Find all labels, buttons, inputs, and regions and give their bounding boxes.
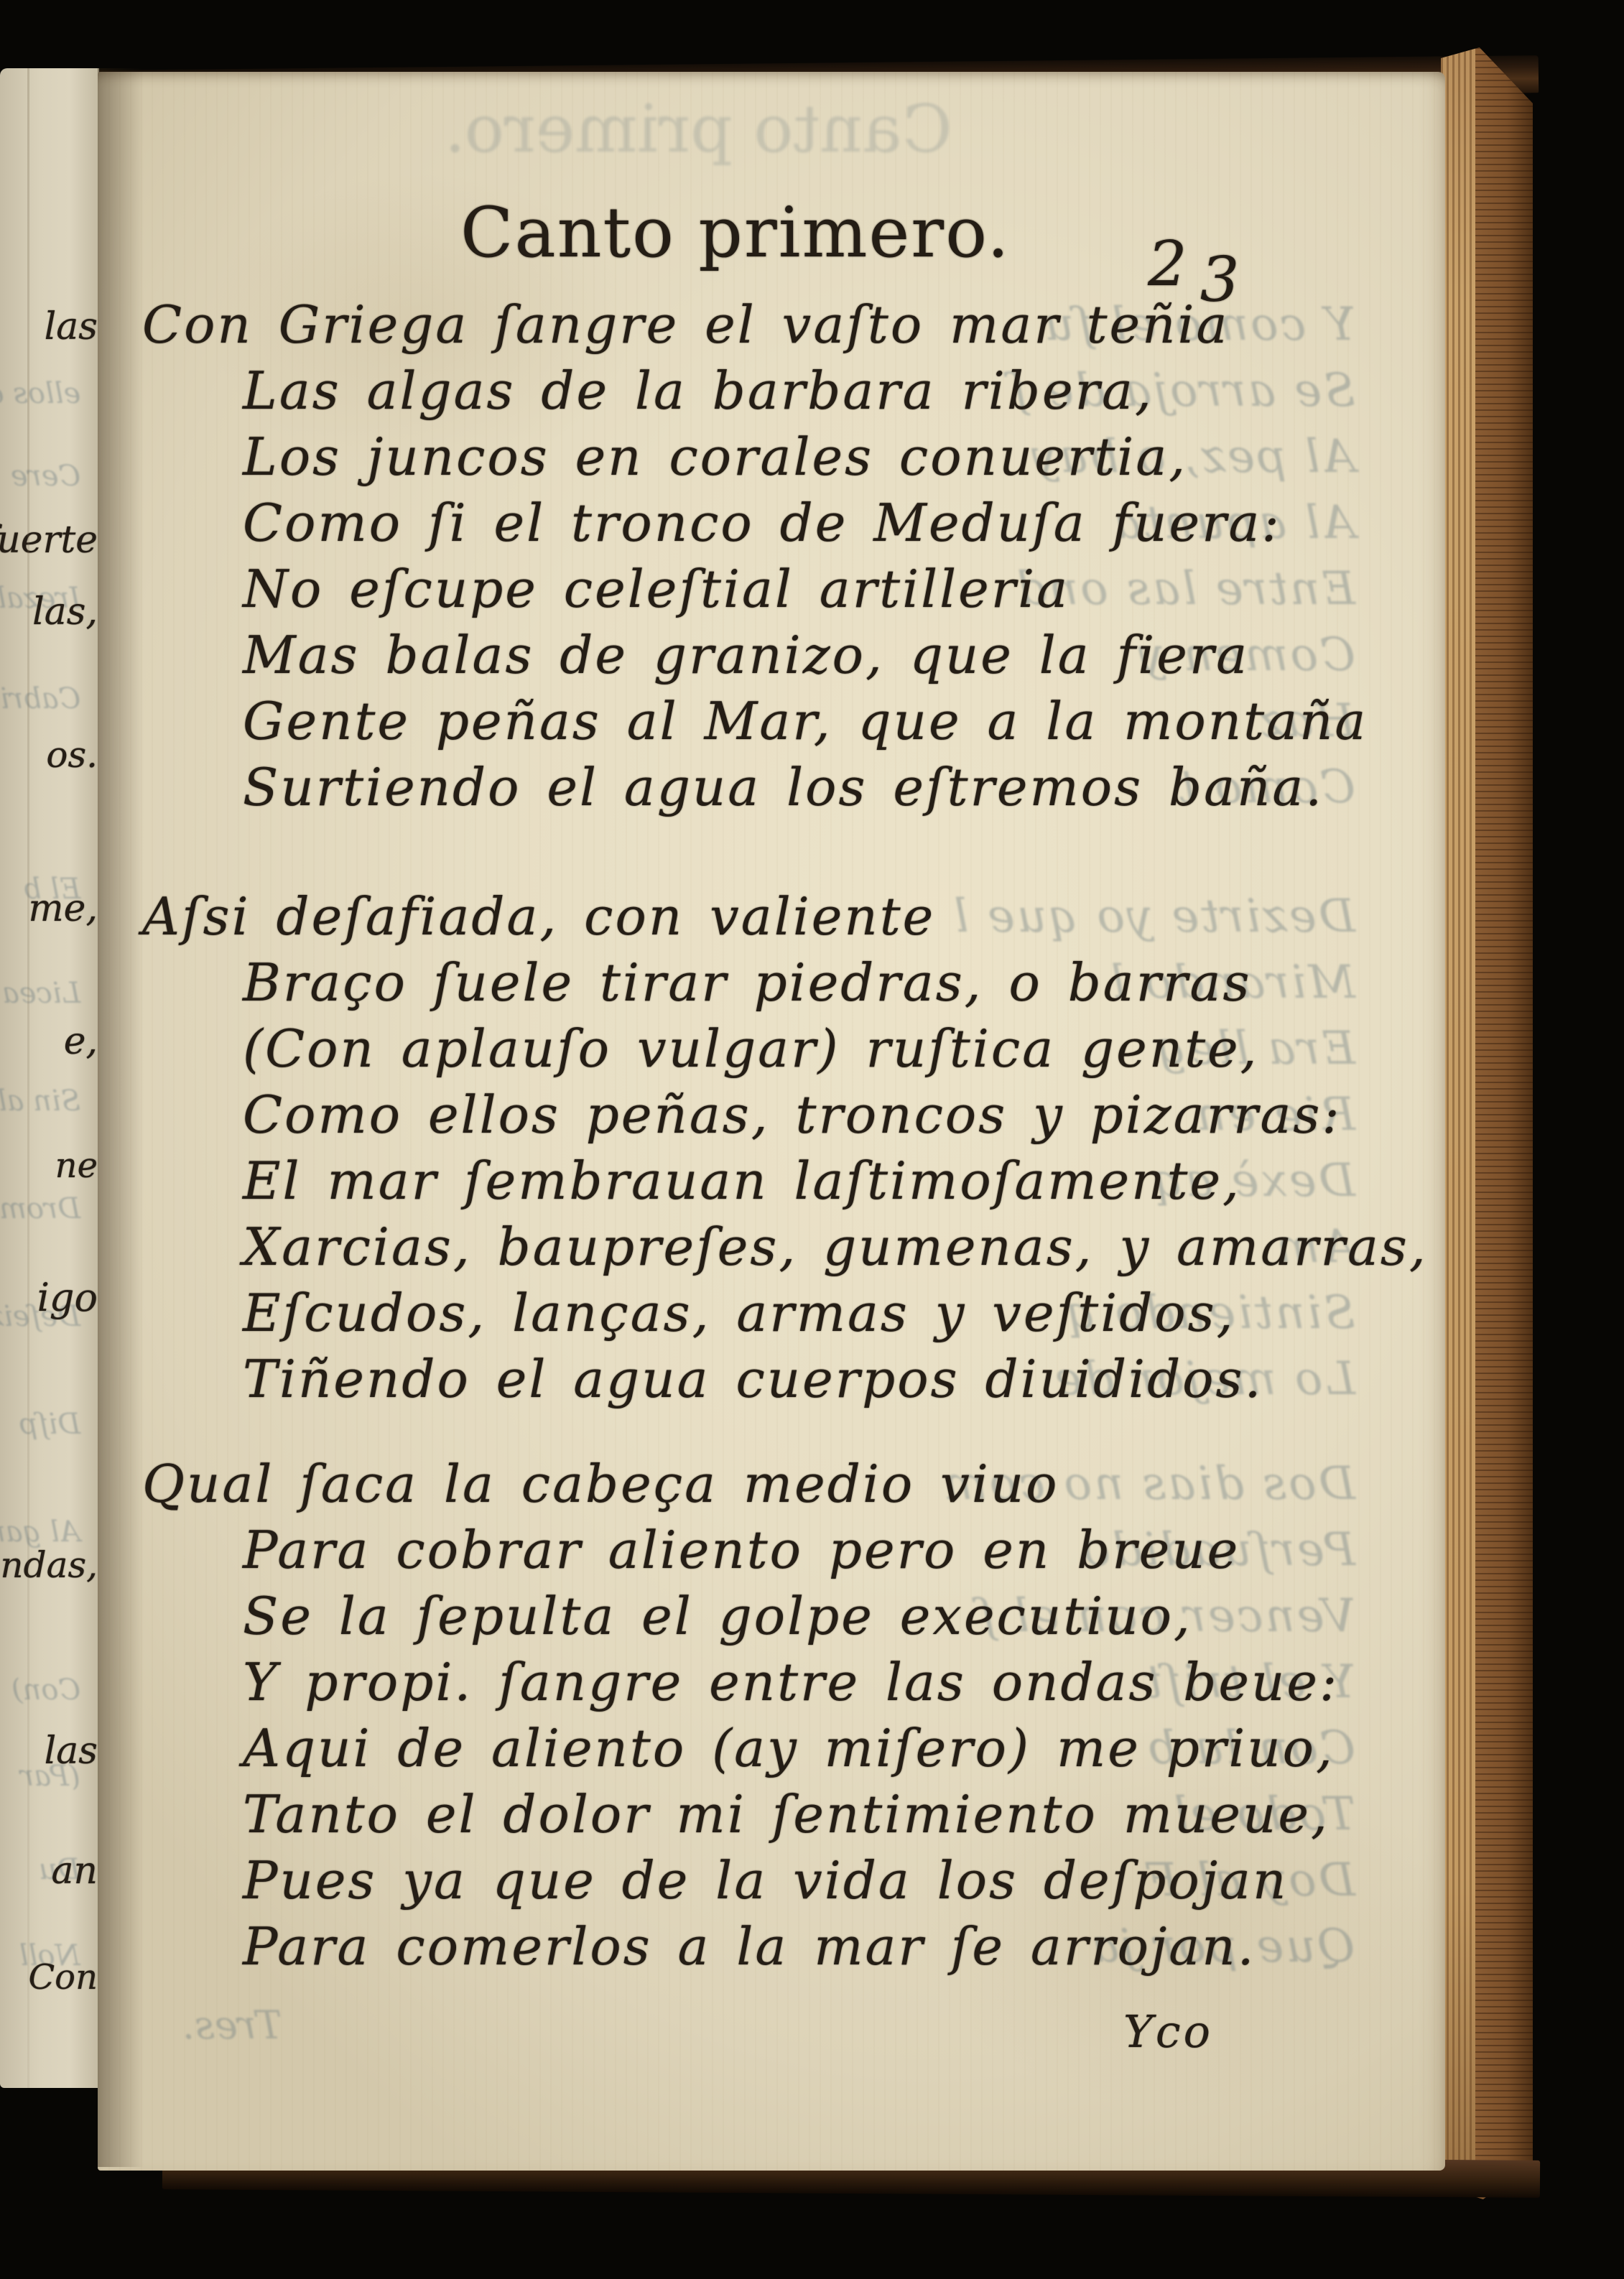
poem-line: Con Griega ſangre el vaſto mar teñia — [98, 292, 1412, 358]
poem-line: Tiñendo el agua cuerpos diuididos. — [98, 1346, 1412, 1412]
catchword: Yco — [1123, 2005, 1213, 2058]
strip-text-fragment: las — [45, 305, 98, 348]
ghost-catchword-verso: Tres. — [182, 2002, 282, 2048]
poem-line: Como ellos peñas, troncos y pizarras: — [98, 1082, 1412, 1148]
strip-ghost-fragment: ellos e — [0, 377, 80, 410]
poem-line: Aqui de aliento (ay miſero) me priuo, — [98, 1715, 1412, 1781]
poem-line: Los juncos en corales conuertia, — [98, 424, 1412, 490]
strip-ghost-fragment: Con) — [11, 1674, 80, 1707]
strip-text-fragment: ne — [55, 1146, 98, 1186]
poem-line: Las algas de la barbara ribera, — [98, 358, 1412, 424]
ghost-running-title: Canto primero. — [407, 90, 952, 167]
strip-text-fragment: e, — [64, 1020, 98, 1063]
stanza-2: Aſsi deſafiada, con valienteBraço ſuele … — [98, 883, 1412, 1412]
poem-line: Xarcias, baupreſes, gumenas, y amarras, — [98, 1214, 1412, 1280]
strip-text-fragment: Con — [28, 1957, 98, 1997]
poem-line: El mar ſembrauan laſtimoſamente, — [98, 1148, 1412, 1214]
strip-text-fragment: igo — [37, 1275, 98, 1320]
poem-line: Qual ſaca la cabeça medio viuo — [98, 1451, 1412, 1517]
strip-text-fragment: fuerte — [0, 519, 98, 562]
strip-text-fragment: an — [52, 1849, 98, 1893]
book-scan-photo: { "header": { "title": "Canto primero.",… — [0, 0, 1624, 2279]
strip-text-fragment: me, — [28, 887, 98, 930]
poem-line: Para cobrar aliento pero en breue — [98, 1517, 1412, 1583]
strip-ghost-fragment: Cabrir el — [0, 682, 80, 715]
poem-line: Gente peñas al Mar, que a la montaña — [98, 688, 1412, 754]
poem-line: No eſcupe celeſtial artilleria — [98, 556, 1412, 622]
stanza-1: Con Griega ſangre el vaſto mar teñiaLas … — [98, 292, 1412, 820]
strip-text-fragment: fondas, — [0, 1544, 98, 1586]
poem-line: Y propi. ſangre entre las ondas beue: — [98, 1649, 1412, 1715]
strip-text-fragment: las, — [32, 590, 98, 633]
poem-line: Pues ya que de la vida los deſpojan — [98, 1847, 1412, 1913]
poem-line: Mas balas de granizo, que la fiera — [98, 622, 1412, 688]
book-fore-edge — [1441, 47, 1533, 2199]
fore-edge-board — [1475, 47, 1533, 2199]
page-number-digit: 2 — [1148, 228, 1187, 300]
strip-ghost-fragment: Sin alma — [0, 1085, 80, 1118]
poem-line: Surtiendo el agua los eſtremos baña. — [98, 754, 1412, 820]
running-title: Canto primero. — [460, 192, 1011, 273]
poem-line: Aſsi deſafiada, con valiente — [98, 883, 1412, 950]
book-page: Canto primero. Canto primero. 23 Y como … — [98, 72, 1445, 2171]
stanza-3: Qual ſaca la cabeça medio viuoPara cobra… — [98, 1451, 1412, 1979]
strip-ghost-fragment: Dromo — [0, 1192, 80, 1225]
strip-text-fragment: las — [45, 1730, 98, 1773]
strip-ghost-fragment: Cere — [11, 460, 80, 493]
strip-ghost-fragment: Licea — [2, 977, 80, 1010]
previous-page-edge: ellos eCereIrezalarCabrir elEl bLiceaSin… — [0, 68, 99, 2088]
poem-line: Como ſi el tronco de Meduſa fuera: — [98, 490, 1412, 556]
poem-line: Tanto el dolor mi ſentimiento mueue, — [98, 1781, 1412, 1847]
poem-line: Para comerlos a la mar ſe arrojan. — [98, 1913, 1412, 1979]
strip-ghost-fragment: Diſp — [19, 1408, 80, 1441]
poem-line: Eſcudos, lanças, armas y veſtidos, — [98, 1280, 1412, 1346]
strip-text-fragment: os. — [46, 734, 98, 776]
fore-edge-page-stack — [1441, 47, 1475, 2199]
page-number: 23 — [1148, 228, 1239, 300]
poem-line: Braço ſuele tirar piedras, o barras — [98, 950, 1412, 1016]
poem-line: (Con aplauſo vulgar) ruſtica gente, — [98, 1016, 1412, 1082]
poem-line: Se la ſepulta el golpe executiuo, — [98, 1583, 1412, 1649]
